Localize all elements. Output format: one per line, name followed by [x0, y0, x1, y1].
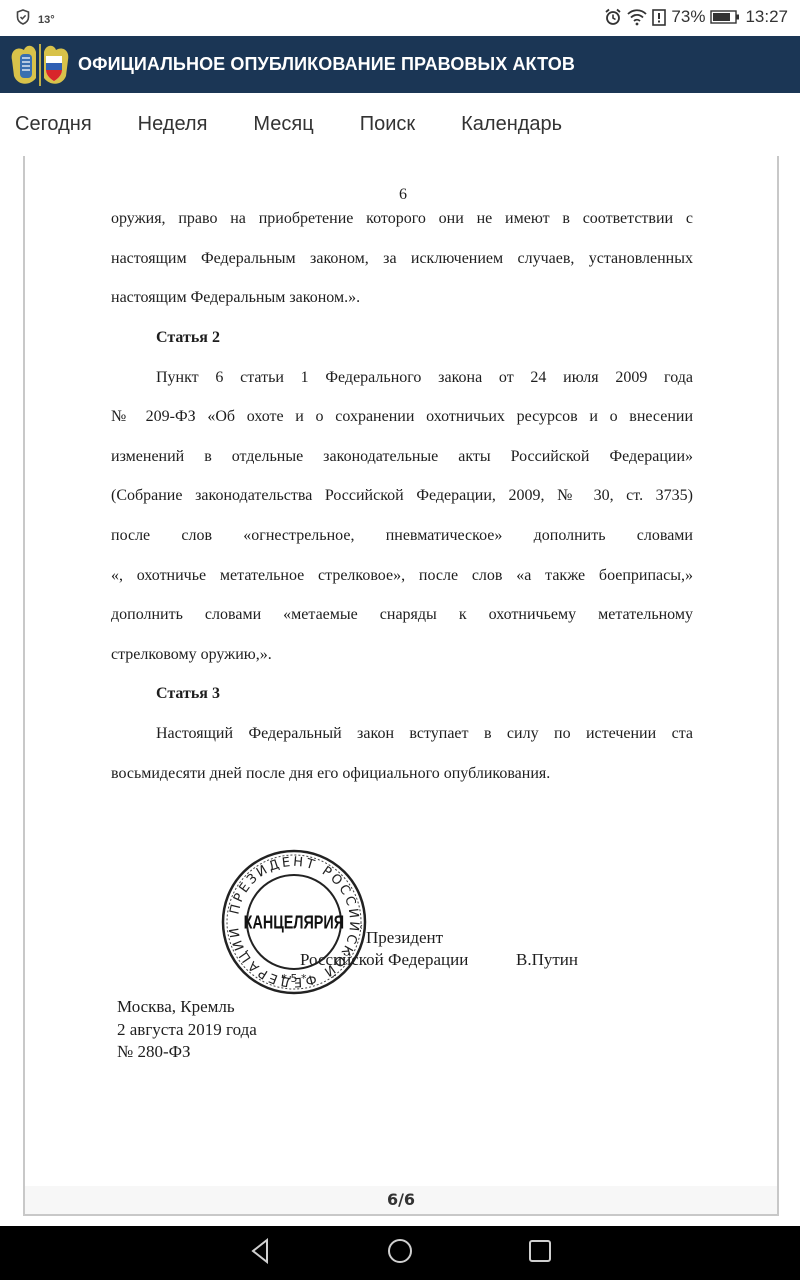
text-line: настоящим Федеральным законом.». [111, 289, 693, 307]
tab-bar: Сегодня Неделя Месяц Поиск Календарь [0, 93, 800, 155]
clock: 13:27 [745, 7, 788, 27]
text-line: оружия, право на приобретение которого о… [111, 210, 693, 228]
home-button[interactable] [370, 1226, 430, 1280]
tab-search[interactable]: Поиск [360, 113, 415, 136]
tab-calendar[interactable]: Календарь [461, 113, 562, 136]
tab-week[interactable]: Неделя [138, 113, 208, 136]
text-line: Пункт 6 статьи 1 Федерального закона от … [156, 369, 693, 387]
text-line: настоящим Федеральным законом, за исключ… [111, 250, 693, 268]
back-icon [249, 1238, 271, 1269]
status-bar: 13° 73% 13:27 [0, 0, 800, 36]
page-indicator: 6/6 [25, 1186, 777, 1214]
article-3-heading: Статья 3 [156, 685, 220, 703]
emblem-logo[interactable] [8, 40, 72, 90]
tab-today[interactable]: Сегодня [15, 113, 92, 136]
document-page: 6 оружия, право на приобретение которого… [25, 156, 777, 1186]
app-header: ОФИЦИАЛЬНОЕ ОПУБЛИКОВАНИЕ ПРАВОВЫХ АКТОВ [0, 36, 800, 93]
page-number: 6 [25, 186, 777, 204]
shield-check-icon [16, 9, 30, 30]
text-line: Настоящий Федеральный закон вступает в с… [156, 725, 693, 743]
signature-name: В.Путин [516, 950, 578, 970]
text-line: после слов «огнестрельное, пневматическо… [111, 527, 693, 545]
navigation-bar [0, 1226, 800, 1280]
official-stamp: ПРЕЗИДЕНТ РОССИЙСКОЙ ФЕДЕРАЦИИ * 5 * КАН… [221, 849, 367, 995]
tab-month[interactable]: Месяц [253, 113, 313, 136]
battery-percent: 73% [671, 7, 705, 27]
battery-icon [710, 10, 740, 24]
svg-text:* 5 *: * 5 * [282, 972, 307, 985]
signature-title-line1: Президент [366, 928, 443, 948]
date: 2 августа 2019 года [117, 1020, 257, 1040]
app-title: ОФИЦИАЛЬНОЕ ОПУБЛИКОВАНИЕ ПРАВОВЫХ АКТОВ [78, 54, 575, 75]
recents-icon [528, 1239, 552, 1268]
recents-button[interactable] [510, 1226, 570, 1280]
text-line: (Собрание законодательства Российской Фе… [111, 487, 693, 505]
text-line: «, охотничье метательное стрелковое», по… [111, 567, 693, 585]
text-line: стрелковому оружию,». [111, 646, 693, 664]
place: Москва, Кремль [117, 997, 235, 1017]
document-viewer[interactable]: 6 оружия, право на приобретение которого… [23, 156, 779, 1216]
signature-title-line2: Российской Федерации [300, 950, 468, 970]
home-icon [387, 1238, 413, 1269]
article-2-heading: Статья 2 [156, 329, 220, 347]
status-right: 73% 13:27 [604, 7, 788, 27]
law-number: № 280-ФЗ [117, 1042, 191, 1062]
back-button[interactable] [230, 1226, 290, 1280]
battery-alert-icon [652, 8, 666, 26]
text-line: дополнить словами «метаемые снаряды к ох… [111, 606, 693, 624]
temperature: 13° [38, 14, 55, 26]
text-line: восьмидесяти дней после дня его официаль… [111, 765, 693, 783]
text-line: № 209-ФЗ «Об охоте и о сохранении охотни… [111, 408, 693, 426]
wifi-icon [627, 8, 647, 26]
status-left: 13° [16, 9, 55, 30]
alarm-icon [604, 8, 622, 26]
text-line: изменений в отдельные законодательные ак… [111, 448, 693, 466]
svg-text:КАНЦЕЛЯРИЯ: КАНЦЕЛЯРИЯ [244, 912, 344, 933]
